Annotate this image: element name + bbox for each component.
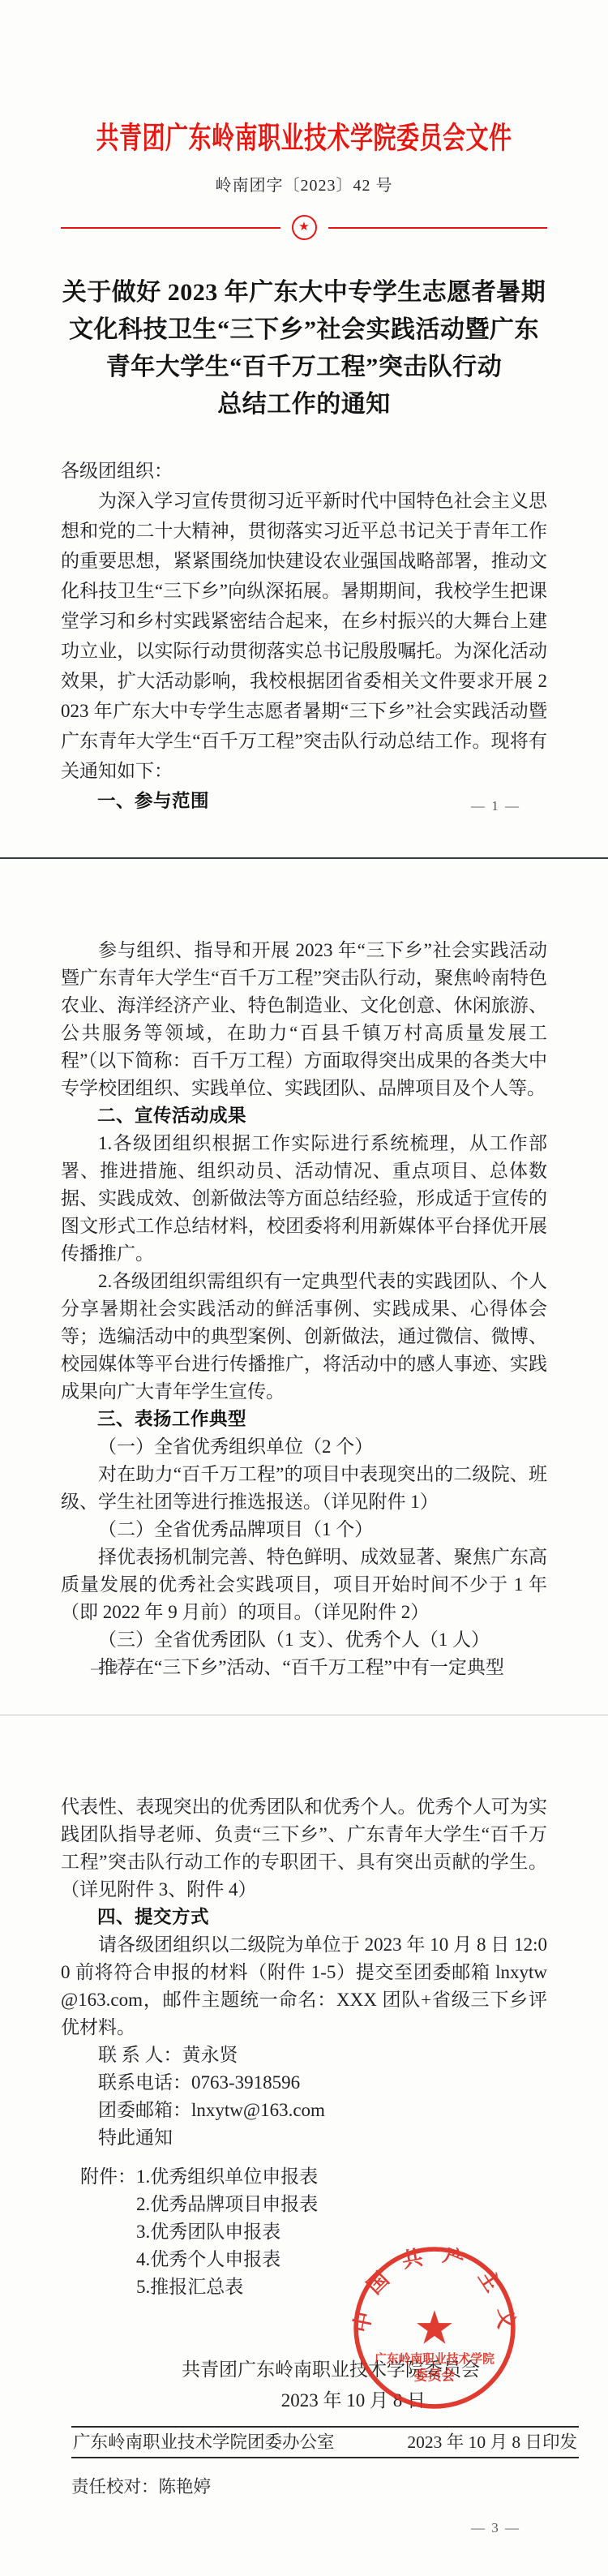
title-line-4: 总结工作的通知 — [0, 386, 608, 423]
section-3-heading: 三、表扬工作典型 — [61, 1406, 547, 1433]
attachment-item: 3.优秀团队申报表 — [136, 2218, 318, 2246]
imprint-footer: 广东岭南职业技术学院团委办公室 2023 年 10 月 8 日印发 — [71, 2426, 579, 2458]
red-letterhead-title: 共青团广东岭南职业技术学院委员会文件 — [0, 115, 608, 158]
page-1: 共青团广东岭南职业技术学院委员会文件 岭南团字〔2023〕42 号 ★ 关于做好… — [0, 0, 608, 859]
stamp-star-icon: ★ — [413, 2303, 455, 2354]
attachments-list: 1.优秀组织单位申报表 2.优秀品牌项目申报表 3.优秀团队申报表 4.优秀个人… — [136, 2163, 318, 2301]
page-1-body: 各级团组织： 为深入学习宣传贯彻习近平新时代中国特色社会主义思想和党的二十大精神… — [0, 456, 608, 816]
page-number-3: — 3 — — [471, 2520, 520, 2536]
paragraph: 对在助力“百千万工程”的项目中表现突出的二级院、班级、学生社团等进行推选报送。（… — [61, 1461, 547, 1516]
attachments-block: 附件： 1.优秀组织单位申报表 2.优秀品牌项目申报表 3.优秀团队申报表 4.… — [61, 2163, 547, 2301]
page-3-body: 代表性、表现突出的优秀团队和优秀个人。优秀个人可为实践团队指导老师、负责“三下乡… — [0, 1715, 608, 2301]
subsection-2-heading: （二）全省优秀品牌项目（1 个） — [61, 1516, 547, 1543]
page-number-1: — 1 — — [471, 798, 520, 814]
divider-line-left — [61, 227, 280, 229]
paragraph: 2.各级团组织需组织有一定典型代表的实践团队、个人分享暑期社会实践活动的鲜活事例… — [61, 1268, 547, 1406]
paragraph: 择优表扬机制完善、特色鲜明、成效显著、聚焦广东高质量发展的优秀社会实践项目，项目… — [61, 1543, 547, 1626]
closing-phrase: 特此通知 — [61, 2124, 547, 2152]
subsection-3-heading: （三）全省优秀团队（1 支）、优秀个人（1 人） — [61, 1626, 547, 1654]
title-line-1: 关于做好 2023 年广东大中专学生志愿者暑期 — [0, 274, 608, 311]
contact-person: 联 系 人：黄永贤 — [61, 2041, 547, 2069]
page-number-2: — 2 — — [91, 1660, 140, 1677]
page-3: 代表性、表现突出的优秀团队和优秀个人。优秀个人可为实践团队指导老师、负责“三下乡… — [0, 1715, 608, 2576]
signer-name: 共青团广东岭南职业技术学院委员会 — [0, 2355, 480, 2381]
subsection-1-heading: （一）全省优秀组织单位（2 个） — [61, 1433, 547, 1461]
signature-date: 2023 年 10 月 8 日 — [0, 2385, 426, 2412]
title-line-2: 文化科技卫生“三下乡”社会实践活动暨广东 — [0, 311, 608, 349]
page-2-body: 参与组织、指导和开展 2023 年“三下乡”社会实践活动暨广东青年大学生“百千万… — [0, 859, 608, 1681]
contact-email: 团委邮箱：lnxytw@163.com — [61, 2097, 547, 2124]
divider-line-right — [328, 227, 548, 229]
official-document: 共青团广东岭南职业技术学院委员会文件 岭南团字〔2023〕42 号 ★ 关于做好… — [0, 0, 608, 2576]
page-2: 参与组织、指导和开展 2023 年“三下乡”社会实践活动暨广东青年大学生“百千万… — [0, 859, 608, 1715]
section-2-heading: 二、宣传活动成果 — [61, 1102, 547, 1130]
attachments-label: 附件： — [80, 2163, 136, 2301]
document-title: 关于做好 2023 年广东大中专学生志愿者暑期 文化科技卫生“三下乡”社会实践活… — [0, 274, 608, 423]
title-line-3: 青年大学生“百千万工程”突击队行动 — [0, 349, 608, 386]
star-glyph: ★ — [298, 221, 309, 234]
attachment-item: 5.推报汇总表 — [136, 2273, 318, 2301]
proofreader-line: 责任校对：陈艳婷 — [71, 2473, 211, 2498]
paragraph: 参与组织、指导和开展 2023 年“三下乡”社会实践活动暨广东青年大学生“百千万… — [61, 937, 547, 1102]
imprint-office: 广东岭南职业技术学院团委办公室 — [73, 2428, 335, 2457]
imprint-date: 2023 年 10 月 8 日印发 — [407, 2428, 577, 2457]
letterhead-divider: ★ — [61, 215, 547, 240]
paragraph: 1.各级团组织根据工作实际进行系统梳理，从工作部署、推进措施、组织动员、活动情况… — [61, 1130, 547, 1268]
document-number: 岭南团字〔2023〕42 号 — [0, 172, 608, 195]
paragraph: 请各级团组织以二级院为单位于 2023 年 10 月 8 日 12:00 前将符… — [61, 1931, 547, 2041]
attachment-item: 4.优秀个人申报表 — [136, 2246, 318, 2273]
attachment-item: 2.优秀品牌项目申报表 — [136, 2191, 318, 2218]
section-4-heading: 四、提交方式 — [61, 1904, 547, 1931]
attachment-item: 1.优秀组织单位申报表 — [136, 2163, 318, 2191]
contact-phone: 联系电话：0763-3918596 — [61, 2069, 547, 2097]
paragraph: 代表性、表现突出的优秀团队和优秀个人。优秀个人可为实践团队指导老师、负责“三下乡… — [61, 1793, 547, 1904]
paragraph: 为深入学习宣传贯彻习近平新时代中国特色社会主义思想和党的二十大精神，贯彻落实习近… — [61, 486, 547, 786]
salutation: 各级团组织： — [61, 456, 547, 486]
star-emblem-icon: ★ — [292, 215, 317, 240]
